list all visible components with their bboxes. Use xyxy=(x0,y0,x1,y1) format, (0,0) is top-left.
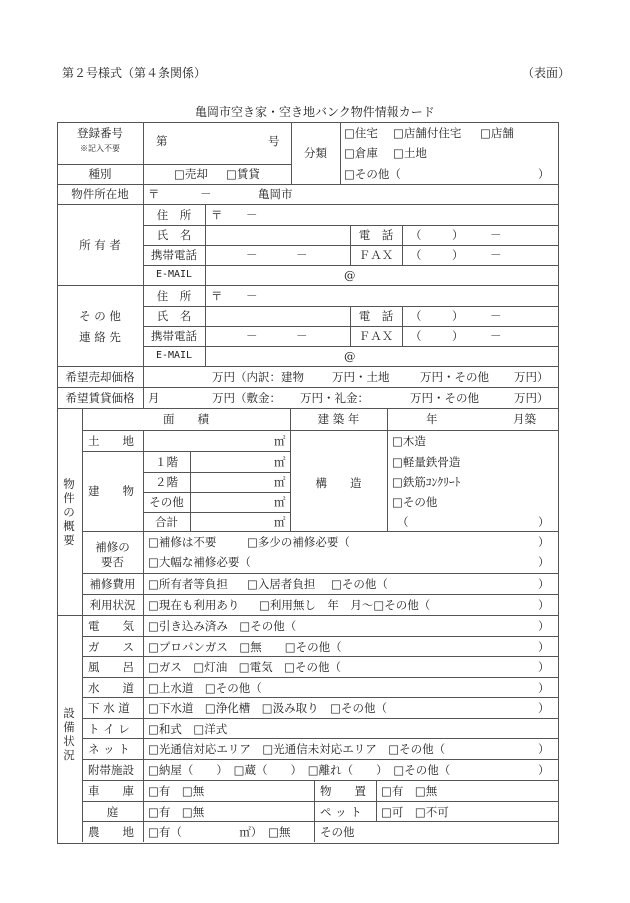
location-label: 物件所在地 xyxy=(57,187,143,201)
type-option-rent[interactable]: □賃貸 xyxy=(226,167,260,181)
facility-label: ガ ス xyxy=(88,640,134,654)
owner-fax-label: ＦＡＸ xyxy=(350,248,402,262)
usage-close: ） xyxy=(538,598,550,612)
garden-label: 庭 xyxy=(82,805,143,819)
contact-fax-close: ） xyxy=(452,329,464,343)
registration-label: 登録番号 xyxy=(57,126,143,140)
structure-light-steel[interactable]: □軽量鉄骨造 xyxy=(392,455,460,469)
owner-mobile-dash-1: － xyxy=(246,248,258,262)
repair-cost-other[interactable]: □その他（ xyxy=(331,577,388,591)
pet-options[interactable]: □可 □不可 xyxy=(381,805,449,819)
pet-label: ペ ッ ト xyxy=(320,805,362,819)
facility-label: 水 道 xyxy=(88,681,134,695)
contact-email-at: @ xyxy=(344,349,356,363)
built-year-header: 建 築 年 xyxy=(290,412,387,426)
overview-side-label: 物件の概要 xyxy=(62,477,76,547)
floor-other-label: その他 xyxy=(143,495,190,509)
floor-total-label: 合計 xyxy=(143,515,190,529)
facilities-side-label: 設備状況 xyxy=(62,706,76,762)
facility-options[interactable]: □引き込み済み □その他（ xyxy=(148,619,296,633)
floor-other-unit: ㎡ xyxy=(274,495,286,509)
owner-address-label: 住 所 xyxy=(143,208,205,222)
facility-label: 下 水 道 xyxy=(88,701,130,715)
location-postal: 〒 xyxy=(148,187,160,201)
sale-price-part-1: 万円（内訳：建物 xyxy=(212,370,304,384)
structure-label: 構 造 xyxy=(290,476,387,490)
floor-2-unit: ㎡ xyxy=(274,475,286,489)
facility-close: ） xyxy=(538,742,550,756)
repair-some-close: ） xyxy=(538,535,550,549)
contact-phone-close: ） xyxy=(452,309,464,323)
contact-phone-open: （ xyxy=(410,309,422,323)
contact-mobile-label: 携帯電話 xyxy=(143,329,205,343)
facility-options[interactable]: □光通信対応エリア □光通信未対応エリア □その他（ xyxy=(148,742,445,756)
owner-phone-close: ） xyxy=(452,228,464,242)
owner-email-at: @ xyxy=(344,268,356,282)
storage-label: 物 置 xyxy=(320,784,366,798)
facility-options[interactable]: □下水道 □浄化槽 □汲み取り □その他（ xyxy=(148,701,387,715)
facility-label: ト イ レ xyxy=(88,722,130,736)
contact-phone-dash: － xyxy=(490,309,502,323)
side-label: （表面） xyxy=(522,66,570,80)
owner-postal-dash: － xyxy=(246,208,258,222)
floor-total-unit: ㎡ xyxy=(274,515,286,529)
garden-options[interactable]: □有 □無 xyxy=(148,805,204,819)
contact-name-field[interactable] xyxy=(206,307,349,325)
rent-price-part-4: 万円） xyxy=(514,391,549,405)
owner-mobile-label: 携帯電話 xyxy=(143,248,205,262)
other-label: その他 xyxy=(320,825,355,839)
sale-price-part-2: 万円・土地 xyxy=(332,370,390,384)
garage-options[interactable]: □有 □無 xyxy=(148,784,204,798)
rent-price-label: 希望賃貸価格 xyxy=(57,391,143,405)
contact-name-label: 氏 名 xyxy=(143,309,205,323)
usage-in-use[interactable]: □現在も利用あり xyxy=(148,598,239,612)
category-option-house[interactable]: □住宅 xyxy=(344,126,378,140)
location-city: 亀岡市 xyxy=(258,187,293,201)
owner-fax-dash: － xyxy=(490,248,502,262)
repair-need-label-1: 補修の xyxy=(82,540,143,554)
category-option-other[interactable]: □その他（ xyxy=(344,167,401,181)
type-option-sale[interactable]: □売却 xyxy=(174,167,208,181)
repair-major-close: ） xyxy=(538,555,550,569)
owner-fax-close: ） xyxy=(452,248,464,262)
facility-label: 風 呂 xyxy=(88,660,134,674)
repair-not-needed[interactable]: □補修は不要 xyxy=(148,535,216,549)
page-title: 亀岡市空き家・空き地バンク物件情報カード xyxy=(195,105,435,119)
floor-2-label: ２階 xyxy=(143,475,190,489)
category-option-warehouse[interactable]: □倉庫 xyxy=(344,146,378,160)
repair-cost-owner[interactable]: □所有者等負担 xyxy=(148,577,228,591)
owner-email-label: E-MAIL xyxy=(143,268,205,282)
repair-cost-close: ） xyxy=(538,577,550,591)
owner-phone-open: （ xyxy=(410,228,422,242)
category-label: 分類 xyxy=(291,146,340,160)
structure-concrete[interactable]: □鉄筋ｺﾝｸﾘｰﾄ xyxy=(392,475,460,489)
structure-other[interactable]: □その他 xyxy=(392,495,437,509)
facility-options[interactable]: □ガス □灯油 □電気 □その他（ xyxy=(148,660,341,674)
contact-postal-dash: － xyxy=(246,289,258,303)
facility-close: ） xyxy=(538,660,550,674)
other-field[interactable] xyxy=(360,822,557,841)
farmland-label: 農 地 xyxy=(88,825,134,839)
owner-label: 所 有 者 xyxy=(57,238,143,252)
land-unit: ㎡ xyxy=(274,434,286,448)
contact-address-field[interactable] xyxy=(262,286,557,305)
built-year-month: 月築 xyxy=(513,412,536,426)
sale-price-part-3: 万円・その他 xyxy=(420,370,489,384)
floor-1-label: １階 xyxy=(143,455,190,469)
facility-options[interactable]: □和式 □洋式 xyxy=(148,722,227,736)
farmland-options[interactable]: □有（ ㎡） □無 xyxy=(148,825,290,839)
floor-1-unit: ㎡ xyxy=(274,455,286,469)
garage-label: 車 庫 xyxy=(88,784,134,798)
owner-address-field[interactable] xyxy=(262,205,557,224)
category-option-shop-house[interactable]: □店舗付住宅 xyxy=(393,126,461,140)
usage-not-in-use[interactable]: □利用無し 年 月～□その他（ xyxy=(259,598,430,612)
structure-other-open: （ xyxy=(397,515,409,529)
registration-suffix: 号 xyxy=(268,134,280,148)
owner-postal: 〒 xyxy=(211,208,223,222)
owner-phone-dash: － xyxy=(490,228,502,242)
structure-other-close: ） xyxy=(538,515,550,529)
contact-email-label: E-MAIL xyxy=(143,349,205,363)
contact-fax-open: （ xyxy=(410,329,422,343)
facility-label: 電 気 xyxy=(88,619,140,633)
sale-price-label: 希望売却価格 xyxy=(57,370,143,384)
area-header: 面 積 xyxy=(82,412,290,426)
land-label: 土 地 xyxy=(88,434,140,448)
usage-label: 利用状況 xyxy=(82,598,143,612)
facility-close: ） xyxy=(538,701,550,715)
category-other-close: ） xyxy=(538,167,550,181)
facility-label: ネ ッ ト xyxy=(88,742,130,756)
repair-major-needed[interactable]: □大幅な補修必要（ xyxy=(148,555,251,569)
contact-mobile-dash-2: － xyxy=(296,329,308,343)
owner-fax-open: （ xyxy=(410,248,422,262)
location-dash: － xyxy=(200,187,212,201)
registration-prefix: 第 xyxy=(156,134,168,148)
facility-label: 附帯施設 xyxy=(88,763,134,777)
category-option-land[interactable]: □土地 xyxy=(393,146,427,160)
facility-close: ） xyxy=(538,619,550,633)
facility-close: ） xyxy=(538,640,550,654)
repair-need-label-2: 要否 xyxy=(82,555,143,569)
rent-price-part-1: 万円（敷金： xyxy=(212,391,281,405)
owner-name-field[interactable] xyxy=(206,226,349,244)
category-option-shop[interactable]: □店舗 xyxy=(480,126,514,140)
facility-options[interactable]: □納屋（ ） □蔵（ ） □離れ（ ） □その他（ xyxy=(148,763,450,777)
built-year-year: 年 xyxy=(426,412,438,426)
registration-note: ※記入不要 xyxy=(57,142,143,156)
contact-postal: 〒 xyxy=(211,289,223,303)
contact-address-label: 住 所 xyxy=(143,289,205,303)
owner-name-label: 氏 名 xyxy=(143,228,205,242)
contact-fax-label: ＦＡＸ xyxy=(350,329,402,343)
form-number: 第２号様式（第４条関係） xyxy=(62,66,206,80)
facility-close: ） xyxy=(538,681,550,695)
repair-cost-tenant[interactable]: □入居者負担 xyxy=(247,577,315,591)
storage-options[interactable]: □有 □無 xyxy=(381,784,437,798)
facility-close: ） xyxy=(538,763,550,777)
structure-wood[interactable]: □木造 xyxy=(392,434,426,448)
other-contact-label-2: 連 絡 先 xyxy=(57,330,143,344)
contact-phone-label: 電 話 xyxy=(350,309,402,323)
rent-price-part-3: 万円・その他 xyxy=(410,391,479,405)
sale-price-part-4: 万円） xyxy=(514,370,549,384)
rent-price-part-2: 万円・礼金： xyxy=(300,391,369,405)
repair-some-needed[interactable]: □多少の補修必要（ xyxy=(247,535,350,549)
building-label: 建 物 xyxy=(88,484,134,498)
contact-mobile-dash-1: － xyxy=(246,329,258,343)
contact-fax-dash: － xyxy=(490,329,502,343)
owner-mobile-dash-2: － xyxy=(296,248,308,262)
facility-options[interactable]: □上水道 □その他（ xyxy=(148,681,262,695)
rent-price-month: 月 xyxy=(148,391,160,405)
repair-cost-label: 補修費用 xyxy=(82,577,143,591)
facility-options[interactable]: □プロパンガス □無 □その他（ xyxy=(148,640,342,654)
type-label: 種別 xyxy=(57,167,143,181)
other-contact-label-1: そ の 他 xyxy=(57,309,143,323)
owner-phone-label: 電 話 xyxy=(350,228,402,242)
